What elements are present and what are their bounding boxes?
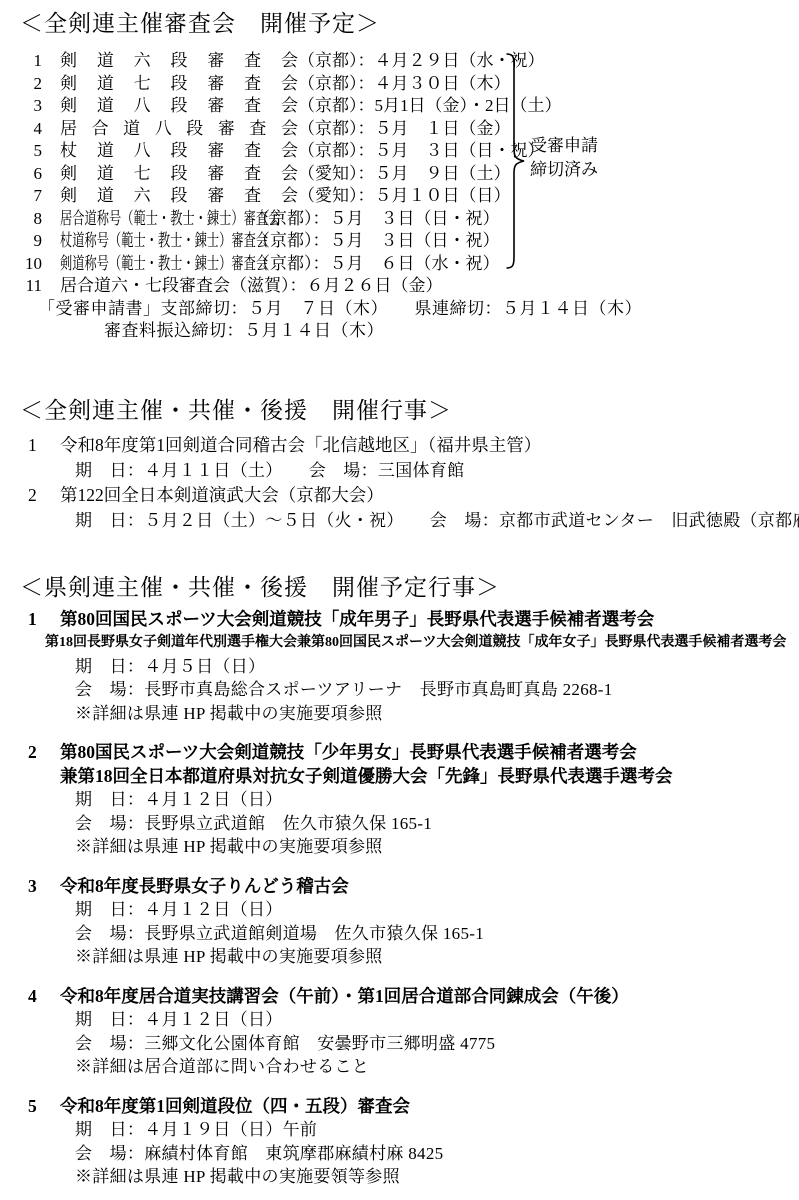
exam-rest: （京都）：５月 ３日（日・祝） [253, 230, 500, 253]
event-title-row: 2第80国民スポーツ大会剣道競技「少年男女」長野県代表選手候補者選考会 [20, 741, 779, 765]
event-note: ※詳細は県連 HP 掲載中の実施要項参照 [75, 835, 779, 859]
event-no: 4 [28, 985, 44, 1009]
event-venue: 会 場：長野県立武道館剣道場 佐久市猿久保 165-1 [75, 922, 779, 946]
event-no: 5 [28, 1095, 44, 1119]
event-venue: 会 場：麻績村体育館 東筑摩郡麻績村麻 8425 [75, 1142, 779, 1166]
event-detail: 期 日：５月２日（土）～５日（火・祝） 会 場：京都市武道センター 旧武徳殿（京… [75, 508, 779, 533]
exam-no: 11 [22, 275, 42, 298]
event-venue: 会 場：長野市真島総合スポーツアリーナ 長野市真島町真島 2268-1 [75, 678, 779, 702]
event-date: 期 日：４月１２日（日） [75, 1008, 779, 1032]
exam-name: 剣道七段審査会 [60, 163, 298, 186]
exam-no: 6 [22, 163, 42, 186]
event-title: 第80回国民スポーツ大会剣道競技「成年男子」長野県代表選手候補者選考会 [60, 608, 654, 632]
event-note: ※詳細は県連 HP 掲載中の実施要領等参照 [75, 1165, 779, 1189]
exam-row: 5杖道八段審査会（京都）：５月 ３日（日・祝） [20, 140, 779, 163]
event-title-row: 5令和8年度第1回剣道段位（四・五段）審査会 [20, 1095, 779, 1119]
event-no: 2 [28, 483, 44, 508]
exam-name: 居合道称号（範士・教士・錬士）審査会 [60, 208, 199, 231]
exam-rest: （愛知）：５月１０日（日） [298, 185, 511, 208]
exam-rest: （京都）：５月 １日（金） [298, 118, 511, 141]
exam-no: 7 [22, 185, 42, 208]
event-date: 期 日：４月５日（日） [75, 655, 779, 679]
right-brace-bracket-icon [505, 53, 527, 274]
deadline-line-branch: 「受審申請書」支部締切：５月 ７日（木） 県連締切：５月１４日（木） [38, 298, 779, 321]
event-title: 令和8年度第1回剣道段位（四・五段）審査会 [60, 1095, 410, 1119]
event-title-row: 1令和8年度第1回剣道合同稽古会「北信越地区」（福井県主管） [20, 433, 779, 458]
exam-name: 杖道称号（範士・教士・錬士）審査会 [60, 230, 199, 253]
exam-no: 5 [22, 140, 42, 163]
exam-row: 11居合道六・七段審査会（滋賀）：６月２６日（金） [20, 275, 779, 298]
event-item: 4令和8年度居合道実技講習会（午前）・第1回居合道部合同錬成会（午後） 期 日：… [20, 985, 779, 1079]
event-title-row: 2第122回全日本剣道演武大会（京都大会） [20, 483, 779, 508]
exam-row: 6剣道七段審査会（愛知）：５月 ９日（土） [20, 163, 779, 186]
exam-no: 2 [22, 73, 42, 96]
event-venue: 会 場：三郷文化公園体育館 安曇野市三郷明盛 4775 [75, 1032, 779, 1056]
exam-no: 4 [22, 118, 42, 141]
event-title-row: 1第80回国民スポーツ大会剣道競技「成年男子」長野県代表選手候補者選考会 [20, 608, 779, 632]
bracket-label: 受審申請 締切済み [530, 134, 598, 182]
exam-name: 居合道八段審査会 [60, 118, 298, 141]
exam-no: 9 [22, 230, 42, 253]
exam-row: 9杖道称号（範士・教士・錬士）審査会（京都）：５月 ３日（日・祝） [20, 230, 779, 253]
event-subtitle: 第18回長野県女子剣道年代別選手権大会兼第80回国民スポーツ大会剣道競技「成年女… [45, 631, 779, 655]
event-title: 令和8年度長野県女子りんどう稽古会 [60, 875, 349, 899]
exam-name: 剣道七段審査会 [60, 73, 298, 96]
document-page: ＜全剣連主催審査会 開催予定＞ 1剣道六段審査会（京都）：４月２９日（水・祝） … [0, 0, 799, 1200]
event-detail: 期 日：４月１１日（土） 会 場：三国体育館 [75, 458, 779, 483]
exam-row: 8居合道称号（範士・教士・錬士）審査会（京都）：５月 ３日（日・祝） [20, 208, 779, 231]
event-date: 期 日：４月１２日（日） [75, 788, 779, 812]
event-note: ※詳細は県連 HP 掲載中の実施要項参照 [75, 945, 779, 969]
section-c-heading: ＜県剣連主催・共催・後援 開催予定行事＞ [20, 574, 779, 602]
section-kenkenren-events: ＜県剣連主催・共催・後援 開催予定行事＞ 1第80回国民スポーツ大会剣道競技「成… [20, 574, 779, 1189]
exam-name: 居合道六・七段審査会（滋賀）：６月２６日（金） [60, 275, 443, 298]
exam-no: 1 [22, 50, 42, 73]
exam-rest: （京都）：５月 ３日（日・祝） [253, 208, 500, 231]
event-title-row: 3令和8年度長野県女子りんどう稽古会 [20, 875, 779, 899]
exam-name: 剣道六段審査会 [60, 50, 298, 73]
event-item: 2第80国民スポーツ大会剣道競技「少年男女」長野県代表選手候補者選考会 兼第18… [20, 741, 779, 859]
exam-no: 3 [22, 95, 42, 118]
exam-row: 2剣道七段審査会（京都）：４月３０日（木） [20, 73, 779, 96]
exam-row: 7剣道六段審査会（愛知）：５月１０日（日） [20, 185, 779, 208]
exam-row: 4居合道八段審査会（京都）：５月 １日（金） [20, 118, 779, 141]
event-note: ※詳細は県連 HP 掲載中の実施要項参照 [75, 702, 779, 726]
event-title: 第122回全日本剣道演武大会（京都大会） [60, 483, 384, 508]
event-no: 3 [28, 875, 44, 899]
exam-no: 10 [22, 253, 42, 276]
exam-rest: （愛知）：５月 ９日（土） [298, 163, 511, 186]
exam-rest: （京都）：５月 ６日（水・祝） [253, 253, 500, 276]
event-title-row: 4令和8年度居合道実技講習会（午前）・第1回居合道部合同錬成会（午後） [20, 985, 779, 1009]
event-venue: 会 場：長野県立武道館 佐久市猿久保 165-1 [75, 812, 779, 836]
section-exam-schedule: ＜全剣連主催審査会 開催予定＞ 1剣道六段審査会（京都）：４月２９日（水・祝） … [20, 10, 779, 343]
exam-rest: （京都）：４月３０日（木） [298, 73, 511, 96]
event-title-line2: 兼第18回全日本都道府県対抗女子剣道優勝大会「先鋒」長野県代表選手選考会 [60, 765, 779, 789]
event-no: 1 [28, 608, 44, 632]
event-item: 5令和8年度第1回剣道段位（四・五段）審査会 期 日：４月１９日（日）午前 会 … [20, 1095, 779, 1189]
event-title: 令和8年度第1回剣道合同稽古会「北信越地区」（福井県主管） [60, 433, 541, 458]
exam-row: 1剣道六段審査会（京都）：４月２９日（水・祝） [20, 50, 779, 73]
bracket-label-line1: 受審申請 [530, 134, 598, 158]
deadline-line-payment: 審査料振込締切：５月１４日（木） [104, 320, 779, 343]
event-title: 令和8年度居合道実技講習会（午前）・第1回居合道部合同錬成会（午後） [60, 985, 629, 1009]
event-title: 第80国民スポーツ大会剣道競技「少年男女」長野県代表選手候補者選考会 [60, 741, 637, 765]
section-a-heading: ＜全剣連主催審査会 開催予定＞ [20, 10, 779, 38]
exam-name: 剣道称号（範士・教士・錬士）審査会 [60, 253, 199, 276]
exam-no: 8 [22, 208, 42, 231]
exam-row: 3剣道八段審査会（京都）：5月1日（金）・2日（土） [20, 95, 779, 118]
event-date: 期 日：４月１９日（日）午前 [75, 1118, 779, 1142]
bracket-label-line2: 締切済み [530, 158, 598, 182]
section-b-heading: ＜全剣連主催・共催・後援 開催行事＞ [20, 397, 779, 425]
exam-name: 剣道六段審査会 [60, 185, 298, 208]
exam-row: 10剣道称号（範士・教士・錬士）審査会（京都）：５月 ６日（水・祝） [20, 253, 779, 276]
exam-name: 剣道八段審査会 [60, 95, 298, 118]
event-note: ※詳細は居合道部に問い合わせること [75, 1055, 779, 1079]
section-zenkenren-events: ＜全剣連主催・共催・後援 開催行事＞ 1令和8年度第1回剣道合同稽古会「北信越地… [20, 397, 779, 533]
event-no: 2 [28, 741, 44, 765]
event-date: 期 日：４月１２日（日） [75, 898, 779, 922]
exam-name: 杖道八段審査会 [60, 140, 298, 163]
event-no: 1 [28, 433, 44, 458]
event-item: 3令和8年度長野県女子りんどう稽古会 期 日：４月１２日（日） 会 場：長野県立… [20, 875, 779, 969]
event-item: 1第80回国民スポーツ大会剣道競技「成年男子」長野県代表選手候補者選考会 第18… [20, 608, 779, 726]
